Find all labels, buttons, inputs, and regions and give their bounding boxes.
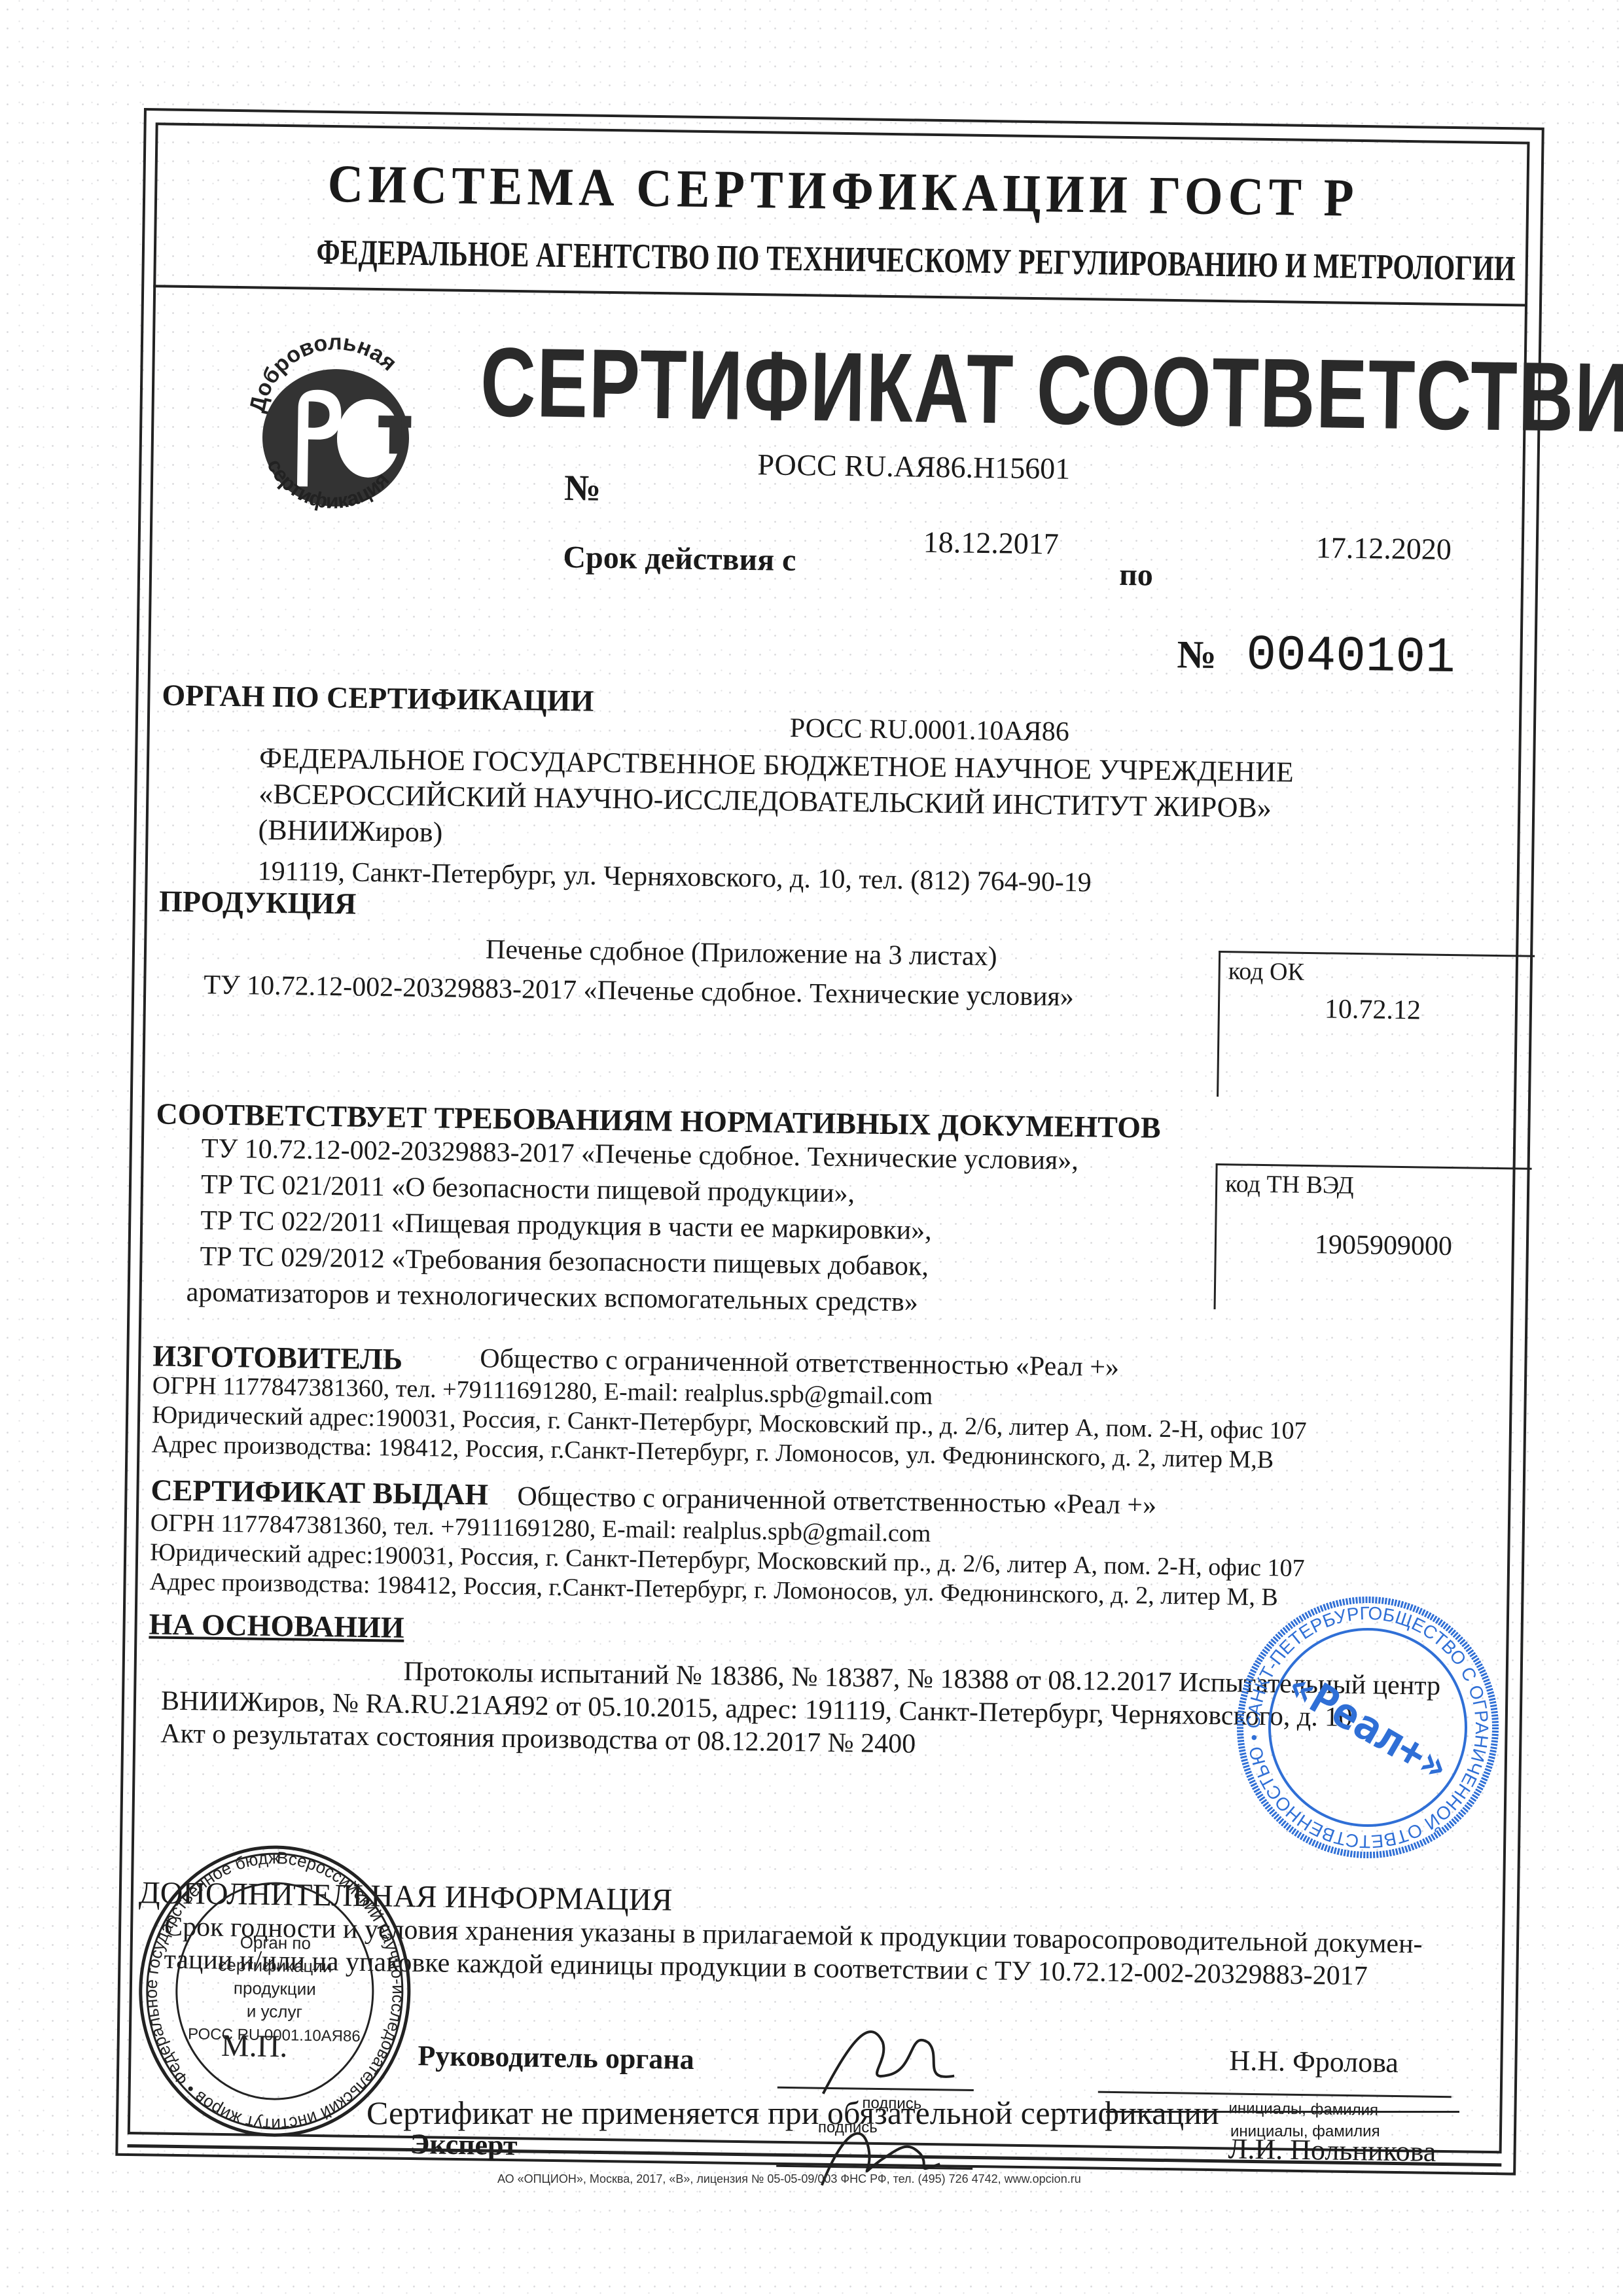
head-of-body-name: Н.Н. Фролова bbox=[1229, 2043, 1399, 2079]
left-seal-center-line: и услуг bbox=[247, 2001, 303, 2021]
tnved-code-value: 1905909000 bbox=[1315, 1229, 1453, 1262]
validity-label: Срок действия с bbox=[563, 539, 796, 578]
tnved-code-box: код ТН ВЭД 1905909000 bbox=[1214, 1163, 1532, 1314]
voluntary-certification-note: Сертификат не применяется при обязательн… bbox=[366, 2094, 1219, 2132]
company-seal-icon: ОБЩЕСТВО С ОГРАНИЧЕННОЙ ОТВЕТСТВЕННОСТЬЮ… bbox=[1230, 1590, 1492, 1852]
issued-to-heading: СЕРТИФИКАТ ВЫДАН bbox=[151, 1472, 488, 1511]
head-name-caption: инициалы, фамилия bbox=[1228, 2099, 1378, 2119]
left-seal-center-line: сертификации bbox=[218, 1955, 332, 1976]
manufacturer-heading: ИЗГОТОВИТЕЛЬ bbox=[152, 1338, 402, 1376]
valid-from-date: 18.12.2017 bbox=[923, 525, 1059, 561]
certificate-title: СЕРТИФИКАТ СООТВЕТСТВИЯ bbox=[480, 325, 1623, 455]
valid-to-date: 17.12.2020 bbox=[1315, 530, 1452, 567]
company-seal-center-text: «Реал+» bbox=[1279, 1662, 1457, 1792]
basis-heading: НА ОСНОВАНИИ bbox=[149, 1606, 404, 1644]
certification-body-line: (ВНИИЖиров) bbox=[258, 813, 442, 849]
ok-code-box: код ОК 10.72.12 bbox=[1217, 951, 1535, 1101]
rst-voluntary-certification-logo-icon: Добровольная сертификация bbox=[236, 322, 429, 540]
seal-place-label: М.П. bbox=[221, 2028, 288, 2064]
validity-to-label: по bbox=[1119, 557, 1153, 593]
left-seal-center-line: продукции bbox=[234, 1978, 316, 1999]
certification-body-heading: ОРГАН ПО СЕРТИФИКАЦИИ bbox=[162, 677, 594, 718]
certification-body-code: РОСС RU.0001.10АЯ86 bbox=[790, 713, 1070, 748]
number-label: № bbox=[564, 467, 601, 510]
ok-code-label: код ОК bbox=[1228, 957, 1304, 987]
form-number-value: 0040101 bbox=[1246, 627, 1455, 686]
ok-code-value: 10.72.12 bbox=[1325, 993, 1421, 1026]
form-number-symbol: № bbox=[1177, 633, 1217, 677]
registration-number: РОСС RU.АЯ86.Н15601 bbox=[757, 447, 1071, 486]
tnved-code-label: код ТН ВЭД bbox=[1225, 1169, 1354, 1200]
expert-name-caption: инициалы, фамилия bbox=[1230, 2123, 1380, 2141]
left-seal-center-line: Орган по bbox=[240, 1932, 312, 1953]
form-serial-number: № 0040101 bbox=[1177, 626, 1455, 686]
product-heading: ПРОДУКЦИЯ bbox=[159, 883, 357, 921]
expert-label: Эксперт bbox=[410, 2127, 518, 2162]
printer-imprint: АО «ОПЦИОН», Москва, 2017, «В», лицензия… bbox=[497, 2172, 1081, 2186]
head-of-body-label: Руководитель органа bbox=[418, 2039, 694, 2076]
